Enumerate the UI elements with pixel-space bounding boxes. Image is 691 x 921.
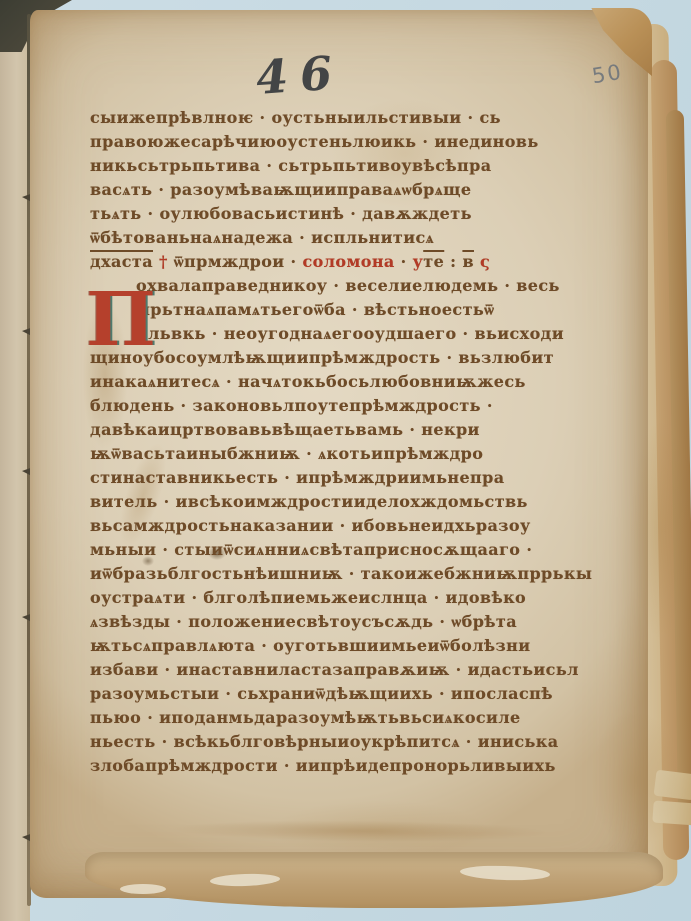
text-line: вьсамждростьнаказании · ибовьнеидхьразоу: [90, 514, 650, 538]
text-line: витель · ивсѣкоимждростииделохждомьствь: [90, 490, 650, 514]
protruding-page-edge: [654, 770, 691, 801]
left-page-edge: [0, 0, 30, 921]
rubric-ink-text: ѿпрмждрои ·: [174, 252, 303, 271]
rubric-red-text: †: [153, 252, 174, 271]
text-line: давѣкаицртвовавьвѣщаетьвамь · некри: [90, 418, 650, 442]
rubric-line: дхаста † ѿпрмждрои · соломона · уте : в …: [90, 250, 650, 274]
rubric-ink-text: ·: [395, 252, 413, 271]
text-line: избави · инаставниластазаправѫиѭ · идаст…: [90, 658, 650, 682]
frayed-edge: [120, 884, 166, 894]
rubric-red-text: ς: [474, 252, 490, 271]
protruding-page-edge: [652, 800, 691, 825]
text-line: ѭѿвасьтаиныбжниѭ · ѧкотьипрѣмждро: [90, 442, 650, 466]
text-line: сыижепрѣвлноѥ · оустьныильстивыи · сь: [90, 106, 650, 130]
text-line: охвалаправедникоу · веселиелюдемь · весь: [90, 274, 650, 298]
text-line: злобапрѣмждрости · иипрѣидепронорьливыих…: [90, 754, 650, 778]
text-line: тьѧть · оулюбовасьистинѣ · давѫждеть: [90, 202, 650, 226]
text-line: никьсьтрьпьтива · сьтрьпьтивоувѣсѣпра: [90, 154, 650, 178]
text-line: ѭтьсѧправлѧюта · оуготьвшиимьеиѿболѣзни: [90, 634, 650, 658]
text-line: пьюо · иподанмьдаразоумѣѭтьвьсиѧкосиле: [90, 706, 650, 730]
text-line: мьныи · стыиѿсиѧнниѧсвѣтаприсносѫщааго ·: [90, 538, 650, 562]
text-line: стинаставникьесть · ипрѣмждриимьнепра: [90, 466, 650, 490]
folio-number-ink: 46: [254, 45, 346, 105]
text-line: инакаѧнитесѧ · начѧтокьбосьлюбовниѭжесь: [90, 370, 650, 394]
text-line: ѿбѣтованьнаѧнадежа · испльнитисѧ: [90, 226, 650, 250]
text-line: васѧть · разоумѣваѭщииправаѧѡбрѧще: [90, 178, 650, 202]
text-block: сыижепрѣвлноѥ · оустьныильстивыи · сьпра…: [90, 106, 650, 778]
text-line: ньесть · всѣкьблговѣрныиоукрѣпитсѧ · ини…: [90, 730, 650, 754]
bottom-page-edges: [85, 852, 663, 908]
photo-background: 46 50 сыижепрѣвлноѥ · оустьныильстивыи ·…: [0, 0, 691, 921]
text-line: разоумьстыи · сьхраниѿдѣѭщиихь · ипослас…: [90, 682, 650, 706]
rubric-red-text: соломона: [302, 252, 394, 271]
rubric-ink-text: :: [444, 252, 462, 271]
rubric-ink-text: в: [462, 252, 474, 271]
initial-letter: П: [86, 280, 156, 360]
rubric-ink-text: дхаста: [90, 252, 153, 271]
text-line: щиноубосоумлѣѭщиипрѣмждрость · вьзлюбит: [90, 346, 650, 370]
text-line: чльвкь · неоугоднаѧегооудшаего · вьисход…: [90, 322, 650, 346]
manuscript-page: 46 50 сыижепрѣвлноѥ · оустьныильстивыи ·…: [30, 10, 648, 898]
text-line: оустраѧти · блголѣпиемьжеислнца · идовѣк…: [90, 586, 650, 610]
text-line: правоюжесарѣчиюоустеньлюикь · инединовь: [90, 130, 650, 154]
folio-number-pencil: 50: [590, 60, 624, 89]
parchment-crease: [90, 813, 630, 849]
text-line: мрьтнаѧпамѧтьегоѿба · вѣстьноестьѿ: [90, 298, 650, 322]
text-line: ѧзвѣзды · положениесвѣтоусъсѫдь · ѡбрѣта: [90, 610, 650, 634]
rubric-ink-text: те: [423, 252, 444, 271]
rubric-red-text: у: [413, 252, 424, 271]
text-line: блюдень · законовьлпоутепрѣмждрость ·: [90, 394, 650, 418]
text-line: иѿбразьблгостьнѣишниѭ · такоижебжниѭпррь…: [90, 562, 650, 586]
